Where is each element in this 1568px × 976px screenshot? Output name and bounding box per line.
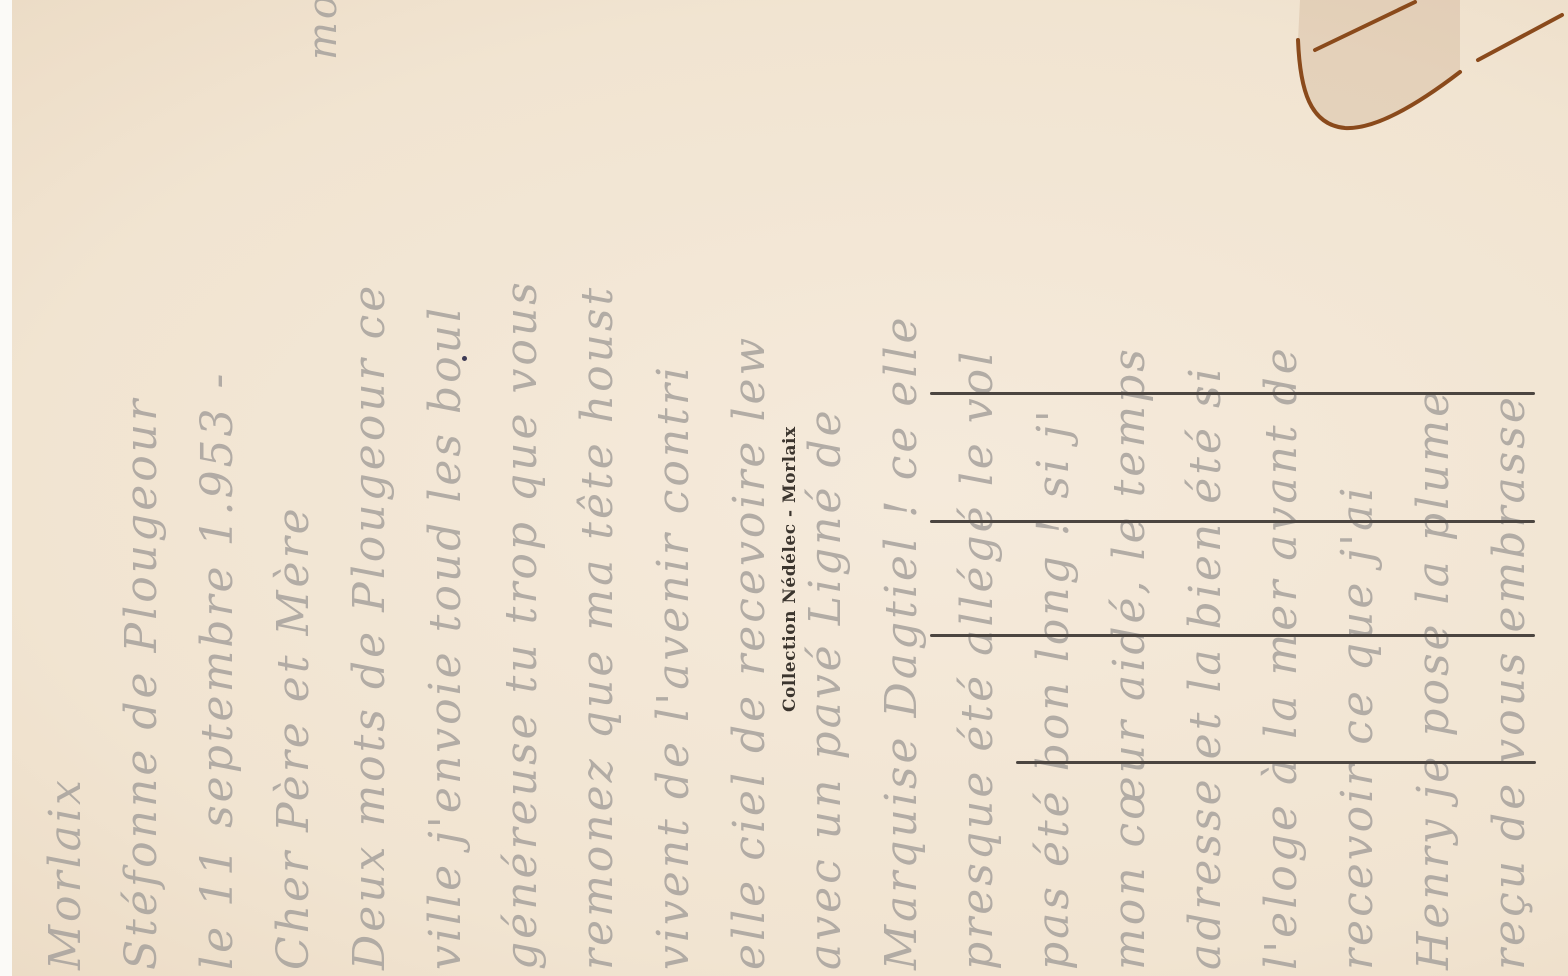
handwriting-line: Morlaix — [40, 777, 91, 970]
handwriting-line: ville j'envoie toud les boul — [420, 305, 471, 970]
handwriting-line: le 11 septembre 1.953 - — [192, 371, 243, 970]
postcard-back: MorlaixStéfonne de Plougeourle 11 septem… — [0, 0, 1568, 976]
handwriting-line: recevoir ce que j'ai — [1332, 485, 1383, 970]
corner-fragment: mor. ; — [300, 0, 346, 60]
handwriting-line: elle ciel de recevoire lew — [724, 335, 775, 970]
handwriting-line: adresse et la bien été si — [1180, 365, 1231, 970]
handwriting-line: reçu de vous embrasse — [1484, 394, 1535, 970]
handwriting-line: mon cœur aidé, le temps — [1104, 346, 1155, 970]
handwriting-line: généreuse tu trop que vous — [496, 279, 547, 970]
handwriting-line: l'eloge à la mer avant de — [1256, 345, 1307, 970]
handwriting-line: Henry je pose la plume — [1408, 388, 1459, 970]
handwriting-line: avec un pavé Ligné de — [800, 407, 851, 970]
handwriting-line: remonez que ma tête houst — [572, 285, 623, 970]
address-line-4 — [1016, 761, 1536, 764]
handwriting-line: Marquise Dagtiel ! ce elle — [876, 314, 927, 970]
address-line-3 — [930, 634, 1535, 637]
handwriting-line: Stéfonne de Plougeour — [116, 397, 167, 970]
ink-dot — [462, 356, 467, 361]
scan-edge — [0, 0, 12, 976]
handwriting-line: Deux mots de Plougeour ce — [344, 283, 395, 970]
address-line-1 — [930, 392, 1535, 395]
handwriting-line: Cher Père et Mère — [268, 505, 319, 970]
publisher-caption: Collection Nédélec - Morlaix — [780, 426, 800, 712]
handwriting-line: presque été allégé le vol — [952, 349, 1003, 970]
handwriting-line: vivent de l'avenir contri — [648, 364, 699, 970]
handwriting-line: pas été bon long ! si j' — [1028, 407, 1079, 970]
postmark-stamp — [1290, 0, 1568, 140]
address-line-2 — [930, 520, 1535, 523]
